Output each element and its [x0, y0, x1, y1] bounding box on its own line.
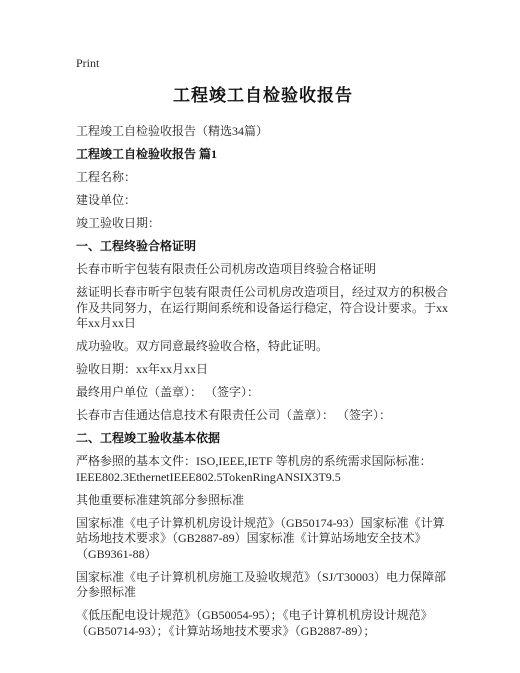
section-heading-acceptance-basis: 二、工程竣工验收基本依据	[76, 431, 450, 447]
field-completion-date: 竣工验收日期：	[76, 216, 450, 232]
other-standards-note: 其他重要标准建筑部分参照标准	[76, 493, 450, 509]
print-label: Print	[76, 56, 450, 70]
document-page: Print 工程竣工自检验收报告 工程竣工自检验收报告（精选34篇） 工程竣工自…	[0, 0, 520, 673]
article-heading: 工程竣工自检验收报告 篇1	[76, 147, 450, 163]
certificate-title: 长春市昕宇包装有限责任公司机房改造项目终验合格证明	[76, 262, 450, 278]
end-user-signature-line: 最终用户单位（盖章）： （签字）：	[76, 385, 450, 401]
subtitle: 工程竣工自检验收报告（精选34篇）	[76, 124, 450, 140]
national-standards-design: 国家标准《电子计算机机房设计规范》（GB50174-93）国家标准《计算站场地技…	[76, 516, 450, 563]
field-construction-unit: 建设单位：	[76, 193, 450, 209]
document-title: 工程竣工自检验收报告	[76, 86, 450, 106]
certificate-body-continued: 成功验收。双方同意最终验收合格，特此证明。	[76, 339, 450, 355]
field-project-name: 工程名称：	[76, 170, 450, 186]
document-body: 工程竣工自检验收报告（精选34篇） 工程竣工自检验收报告 篇1 工程名称： 建设…	[76, 124, 450, 639]
power-supply-standards: 《低压配电设计规范》（GB50054-95）；《电子计算机机房设计规范》（GB5…	[76, 608, 450, 639]
contractor-signature-line: 长春市吉佳通达信息技术有限责任公司（盖章）： （签字）：	[76, 408, 450, 424]
certificate-body: 兹证明长春市昕宇包装有限责任公司机房改造项目，经过双方的积极合作及共同努力，在运…	[76, 285, 450, 332]
acceptance-date-line: 验收日期：xx年xx月xx日	[76, 362, 450, 378]
section-heading-final-acceptance: 一、工程终验合格证明	[76, 239, 450, 255]
reference-standards-international: 严格参照的基本文件：ISO,IEEE,IETF 等机房的系统需求国际标准：IEE…	[76, 454, 450, 485]
national-standards-construction: 国家标准《电子计算机机房施工及验收规范》（SJ/T30003）电力保障部分参照标…	[76, 570, 450, 601]
